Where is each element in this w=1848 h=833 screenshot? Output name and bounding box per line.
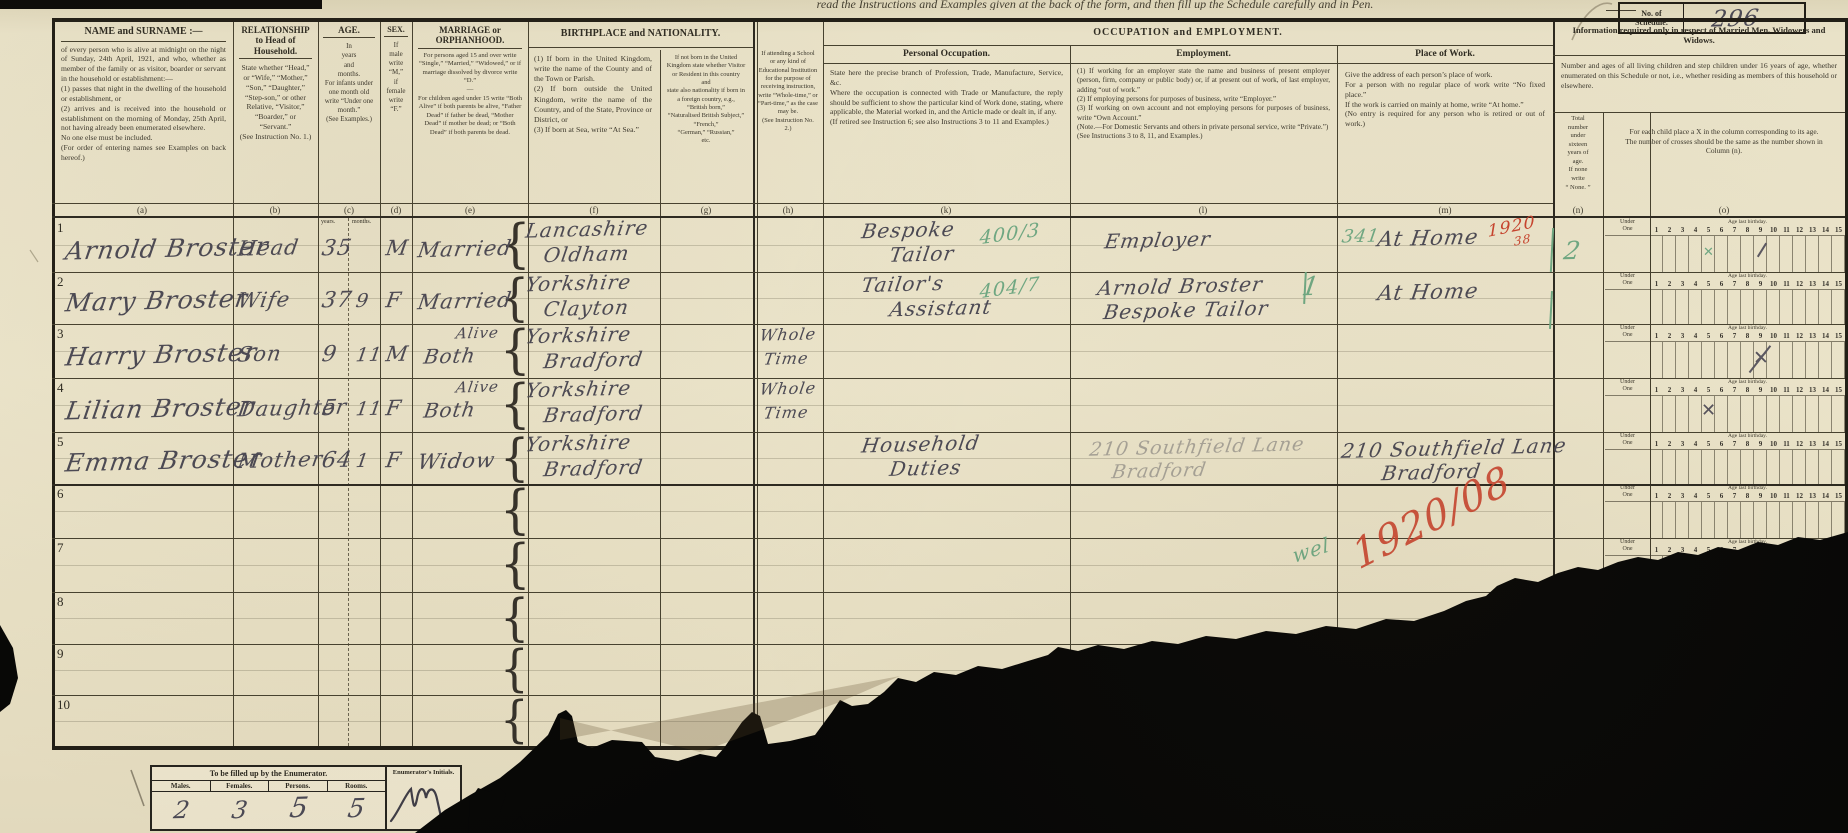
age-grid-number: 11: [1780, 652, 1793, 660]
age-grid-number: 5: [1702, 440, 1715, 448]
age-grid-number: 15: [1832, 546, 1845, 554]
entry-birthplace-county: Yorkshire: [524, 432, 633, 455]
entry-education-1: Whole: [759, 380, 818, 397]
age-grid-header: Under OneAge last birthday.1234567891011…: [1605, 219, 1845, 235]
entry-occupation-1: Household: [860, 432, 981, 455]
col-header-education: If attending a School or any kind of Edu…: [755, 22, 821, 203]
age-grid-number: 7: [1728, 386, 1741, 394]
age-grid-header: Under OneAge last birthday.1234567891011…: [1605, 539, 1845, 555]
age-grid-number: 15: [1832, 703, 1845, 711]
age-grid-header: Under OneAge last birthday.1234567891011…: [1605, 379, 1845, 395]
age-grid-number: 2: [1663, 652, 1676, 660]
birthplace-brace: {: [500, 538, 531, 591]
col-header-occupation: Personal Occupation. State here the prec…: [823, 46, 1070, 203]
age-grid-number: 13: [1806, 546, 1819, 554]
age-grid-number: 2: [1663, 440, 1676, 448]
table-bottom-border: [52, 746, 1845, 750]
col-header-education-body: If attending a School or any kind of Edu…: [758, 50, 818, 133]
entry-age-months: 11: [355, 346, 384, 366]
entry-name: Mary Broster: [64, 286, 250, 316]
age-grid-number: 10: [1767, 386, 1780, 394]
entry-name: Harry Broster: [64, 340, 259, 370]
age-grid-number: 4: [1689, 226, 1702, 234]
age-grid-columns: [1650, 450, 1845, 484]
census-schedule-scan: read the Instructions and Examples given…: [0, 0, 1848, 833]
age-grid-age-last-birthday-label: Age last birthday.: [1650, 593, 1845, 599]
row-midline: [54, 721, 1553, 722]
age-grid-number: 12: [1793, 652, 1806, 660]
col-header-total-children-body: Total number under sixteen years of age.…: [1553, 113, 1603, 192]
entry-sex: M: [384, 344, 410, 366]
age-grid-columns: [1650, 290, 1845, 324]
age-grid-number: 1: [1650, 600, 1663, 608]
row-line: [52, 592, 1845, 593]
age-grid-age-last-birthday-label: Age last birthday.: [1650, 273, 1845, 279]
column-letter: (k): [941, 205, 952, 215]
age-grid-under-one-divider: [1650, 379, 1651, 432]
col-header-sex: SEX. If male write “M,” if female write …: [382, 22, 410, 203]
age-grid-numbers: 123456789101112131415: [1650, 652, 1845, 660]
age-grid-under-one-label: Under One: [1605, 645, 1650, 658]
age-grid-number: 14: [1819, 492, 1832, 500]
age-grid-under-one-divider: [1650, 433, 1651, 484]
age-grid-number: 4: [1689, 332, 1702, 340]
enumerator-col-rooms: Rooms.: [328, 781, 386, 791]
birthplace-brace: {: [500, 592, 529, 643]
age-grid-number: 9: [1754, 386, 1767, 394]
age-grid-under-one-label: Under One: [1605, 485, 1650, 498]
age-grid-number: 11: [1780, 332, 1793, 340]
col-header-age-title: AGE.: [323, 25, 375, 38]
entry-occupation-2: Tailor: [888, 243, 955, 265]
col-header-employment: Employment. (1) If working for an employ…: [1070, 46, 1337, 203]
age-grid-number: 15: [1832, 226, 1845, 234]
age-grid-number: 13: [1806, 652, 1819, 660]
age-grid-number: 15: [1832, 652, 1845, 660]
age-grid-number: 4: [1689, 280, 1702, 288]
row-line: [52, 695, 1845, 696]
age-grid-number: 7: [1728, 703, 1741, 711]
col-header-nationality-body: If not born in the United Kingdom state …: [665, 54, 747, 146]
age-grid-number: 1: [1650, 332, 1663, 340]
table-vline: [233, 18, 234, 746]
entry-marriage: Both: [422, 345, 477, 366]
age-grid-number: 2: [1663, 280, 1676, 288]
entry-age-months: 11: [355, 400, 384, 420]
age-grid-number: 9: [1754, 703, 1767, 711]
age-grid-under-one-label: Under One: [1605, 433, 1650, 446]
age-grid-under-one-label: Under One: [1605, 219, 1650, 232]
column-letter: (a): [137, 205, 147, 215]
age-grid-number: 10: [1767, 440, 1780, 448]
entry-birthplace-town: Bradford: [542, 403, 644, 426]
age-grid-number: 12: [1793, 226, 1806, 234]
age-grid-columns: [1650, 396, 1845, 432]
entry-age-months: 9: [355, 292, 371, 311]
col-header-age-grid-body: For each child place a X in the column c…: [1603, 113, 1845, 156]
age-grid-age-last-birthday-label: Age last birthday.: [1650, 433, 1845, 439]
entry-age-years: 9: [320, 344, 338, 366]
entry-age-months: 1: [355, 452, 371, 471]
table-vline: [412, 18, 413, 746]
age-grid-number: 8: [1741, 546, 1754, 554]
age-grid-header: Under OneAge last birthday.1234567891011…: [1605, 696, 1845, 712]
age-grid-header: Under OneAge last birthday.1234567891011…: [1605, 645, 1845, 661]
age-grid-number: 9: [1754, 280, 1767, 288]
age-grid-numbers: 123456789101112131415: [1650, 440, 1845, 448]
age-grid-number: 3: [1676, 600, 1689, 608]
age-grid-number: 7: [1728, 652, 1741, 660]
age-grid-under-one-divider: [1650, 645, 1651, 695]
age-grid-number: 15: [1832, 386, 1845, 394]
col-header-relationship-title: RELATIONSHIP to Head of Household.: [239, 25, 312, 59]
age-grid-age-last-birthday-label: Age last birthday.: [1650, 696, 1845, 702]
entry-place-of-work-1: At Home: [1376, 281, 1480, 305]
age-grid-number: 4: [1689, 600, 1702, 608]
col-header-nationality: If not born in the United Kingdom state …: [661, 50, 751, 200]
enumerator-initials-signature: [387, 783, 463, 825]
age-grid-number: 6: [1715, 332, 1728, 340]
entry-occupation-2: Duties: [888, 457, 963, 479]
col-header-place-of-work-title: Place of Work.: [1337, 46, 1553, 64]
age-grid-number: 5: [1702, 386, 1715, 394]
age-grid-number: 11: [1780, 600, 1793, 608]
age-grid-under-one-label: Under One: [1605, 539, 1650, 552]
age-grid-number: 7: [1728, 600, 1741, 608]
entry-birthplace-town: Oldham: [542, 243, 631, 265]
age-grid-number: 2: [1663, 703, 1676, 711]
age-grid-number: 4: [1689, 703, 1702, 711]
age-grid-number: 7: [1728, 332, 1741, 340]
age-grid-number: 13: [1806, 386, 1819, 394]
age-grid-number: 3: [1676, 546, 1689, 554]
age-grid-columns: [1650, 662, 1845, 695]
entry-employment-faint-2: Bradford: [1110, 461, 1208, 482]
age-grid-number: 14: [1819, 440, 1832, 448]
entry-name: Lilian Broster: [64, 394, 257, 424]
age-grid-number: 8: [1741, 600, 1754, 608]
entry-relationship: Wife: [236, 289, 292, 311]
age-grid-numbers: 123456789101112131415: [1650, 600, 1845, 608]
age-grid-number: 6: [1715, 652, 1728, 660]
age-grid-number: 1: [1650, 440, 1663, 448]
age-grid-under-one-label: Under One: [1605, 696, 1650, 709]
section-header-occupation: OCCUPATION and EMPLOYMENT.: [823, 22, 1553, 46]
section-header-married-info-title: Information required only in respect of …: [1553, 22, 1845, 46]
col-header-age-grid: For each child place a X in the column c…: [1603, 112, 1845, 203]
table-vline: [318, 18, 319, 746]
entry-marriage-upper: Alive: [455, 379, 500, 395]
age-grid-number: 5: [1702, 600, 1715, 608]
age-grid-age-last-birthday-label: Age last birthday.: [1650, 325, 1845, 331]
age-grid-columns: [1650, 342, 1845, 378]
entry-birthplace-town: Clayton: [542, 297, 630, 319]
age-grid-number: 11: [1780, 492, 1793, 500]
col-header-marriage-title: MARRIAGE or ORPHANHOOD.: [418, 25, 522, 49]
age-grid-columns: [1650, 713, 1845, 746]
entry-sex: M: [384, 238, 410, 260]
row-line: [52, 378, 1845, 379]
entry-birthplace-town: Bradford: [542, 349, 644, 372]
row-line: [52, 484, 1845, 486]
table-vline: [380, 18, 381, 746]
age-grid-number: 5: [1702, 332, 1715, 340]
age-grid-columns: [1650, 556, 1845, 592]
enumerator-persons-value: 5: [288, 794, 311, 822]
entry-marriage: Married: [416, 238, 513, 261]
age-grid-number: 7: [1728, 280, 1741, 288]
row-midline: [54, 618, 1553, 619]
entry-age-years: 37: [320, 290, 353, 313]
age-grid-number: 10: [1767, 280, 1780, 288]
col-header-total-children: Total number under sixteen years of age.…: [1553, 112, 1603, 203]
age-grid-number: 3: [1676, 703, 1689, 711]
row-number: 8: [57, 594, 64, 610]
age-grid-number: 6: [1715, 546, 1728, 554]
age-grid-age-last-birthday-label: Age last birthday.: [1650, 379, 1845, 385]
age-grid-number: 11: [1780, 226, 1793, 234]
age-grid-number: 9: [1754, 440, 1767, 448]
age-grid-columns: [1650, 502, 1845, 538]
column-letter: (c): [344, 205, 354, 215]
age-grid-number: 5: [1702, 546, 1715, 554]
age-grid-number: 3: [1676, 386, 1689, 394]
age-grid-number: 9: [1754, 492, 1767, 500]
age-grid-number: 8: [1741, 492, 1754, 500]
age-grid-number: 4: [1689, 652, 1702, 660]
age-grid-number: 4: [1689, 492, 1702, 500]
age-grid-number: 12: [1793, 386, 1806, 394]
column-letter: (g): [701, 205, 712, 215]
age-grid-under-one-divider: [1650, 539, 1651, 592]
col-header-birthplace: (1) If born in the United Kingdom, write…: [530, 50, 656, 200]
age-grid-under-one-divider: [1650, 273, 1651, 324]
row-line: [52, 538, 1845, 539]
col-header-relationship-body: State whether “Head,” or “Wife,” “Mother…: [239, 63, 312, 142]
age-grid-numbers: 123456789101112131415: [1650, 332, 1845, 340]
entry-occupation-2: Assistant: [888, 297, 993, 320]
age-grid-columns: [1650, 610, 1845, 644]
enumerator-col-persons: Persons.: [269, 781, 328, 791]
age-grid-number: 13: [1806, 226, 1819, 234]
age-grid-under-one-divider: [1650, 593, 1651, 644]
entry-occupation-1: Bespoke: [860, 219, 956, 241]
column-letter: (n): [1573, 205, 1584, 215]
col-header-age: AGE. In years and months. For infants un…: [320, 22, 378, 203]
age-grid-number: 10: [1767, 546, 1780, 554]
age-grid-numbers: 123456789101112131415: [1650, 703, 1845, 711]
entry-marriage-upper: Alive: [455, 325, 500, 341]
age-grid-numbers: 123456789101112131415: [1650, 546, 1845, 554]
row-number: 9: [57, 646, 64, 662]
age-grid-number: 3: [1676, 440, 1689, 448]
age-grid-header: Under OneAge last birthday.1234567891011…: [1605, 273, 1845, 289]
age-grid-number: 7: [1728, 492, 1741, 500]
row-line: [52, 644, 1845, 645]
entry-place-of-work-1: At Home: [1376, 227, 1480, 251]
enumerator-initials-label: Enumerator's Initials.: [387, 767, 460, 778]
entry-education-2: Time: [763, 404, 810, 421]
row-midline: [54, 670, 1553, 671]
age-grid-number: 15: [1832, 280, 1845, 288]
age-grid-under-one-divider: [1650, 219, 1651, 272]
age-grid-numbers: 123456789101112131415: [1650, 492, 1845, 500]
col-header-name: NAME and SURNAME :— of every person who …: [56, 22, 231, 203]
entry-birthplace-county: Yorkshire: [524, 378, 633, 401]
age-grid-under-one-divider: [1650, 485, 1651, 538]
col-header-marriage: MARRIAGE or ORPHANHOOD. For persons aged…: [414, 22, 526, 203]
age-grid-numbers: 123456789101112131415: [1650, 226, 1845, 234]
age-grid-number: 5: [1702, 492, 1715, 500]
age-grid-number: 13: [1806, 492, 1819, 500]
age-grid-number: 13: [1806, 440, 1819, 448]
age-grid-columns: [1650, 236, 1845, 272]
age-grid-number: 8: [1741, 332, 1754, 340]
age-grid-number: 8: [1741, 440, 1754, 448]
col-header-employment-title: Employment.: [1070, 46, 1337, 64]
age-grid-mark-x: ✕: [1701, 401, 1716, 419]
age-grid-number: 15: [1832, 492, 1845, 500]
age-grid-number: 8: [1741, 703, 1754, 711]
column-letter: (e): [465, 205, 475, 215]
age-grid-number: 11: [1780, 703, 1793, 711]
col-header-occupation-body: State here the precise branch of Profess…: [823, 64, 1070, 131]
age-grid-number: 2: [1663, 226, 1676, 234]
entry-name: Emma Broster: [64, 445, 264, 475]
age-grid-number: 14: [1819, 226, 1832, 234]
col-header-marriage-body: For persons aged 15 and over write “Sing…: [418, 52, 522, 138]
col-header-age-body: In years and months. For infants under o…: [323, 42, 375, 124]
age-grid-number: 2: [1663, 600, 1676, 608]
column-letter: (o): [1719, 205, 1730, 215]
age-grid-number: 2: [1663, 546, 1676, 554]
section-header-birthplace-title: BIRTHPLACE and NATIONALITY.: [528, 22, 753, 40]
age-grid-under-one-label: Under One: [1605, 593, 1650, 606]
enumerator-females-value: 3: [230, 798, 250, 822]
age-grid-number: 15: [1832, 440, 1845, 448]
age-grid-number: 3: [1676, 492, 1689, 500]
age-grid-number: 10: [1767, 600, 1780, 608]
column-letter: (d): [391, 205, 402, 215]
entry-relationship: Son: [236, 343, 283, 365]
col-header-birthplace-body: (1) If born in the United Kingdom, write…: [534, 54, 652, 135]
age-grid-number: 1: [1650, 652, 1663, 660]
age-grid-number: 3: [1676, 652, 1689, 660]
red-year-note-sub: 38: [1514, 232, 1532, 247]
col-header-place-of-work: Place of Work. Give the address of each …: [1337, 46, 1553, 203]
age-subcolumn-months-label: months.: [352, 219, 371, 225]
age-grid-number: 7: [1728, 546, 1741, 554]
birthplace-brace: {: [500, 695, 529, 745]
age-grid-number: 12: [1793, 332, 1806, 340]
age-grid-number: 11: [1780, 440, 1793, 448]
col-header-name-title: NAME and SURNAME :—: [61, 26, 226, 42]
age-grid-number: 8: [1741, 652, 1754, 660]
entry-education-2: Time: [763, 350, 810, 367]
enumerator-rooms-value: 5: [346, 796, 368, 822]
entry-sex: F: [384, 290, 403, 311]
entry-occupation-1: Tailor's: [860, 273, 945, 295]
age-grid-number: 9: [1754, 600, 1767, 608]
entry-sex: F: [384, 450, 403, 471]
age-grid-number: 6: [1715, 703, 1728, 711]
age-grid-number: 2: [1663, 332, 1676, 340]
age-grid-number: 8: [1741, 226, 1754, 234]
age-grid-number: 6: [1715, 600, 1728, 608]
entry-place-of-work-1: 210 Southfield Lane: [1340, 435, 1568, 461]
age-grid-number: 11: [1780, 386, 1793, 394]
age-grid-numbers: 123456789101112131415: [1650, 280, 1845, 288]
age-grid-number: 10: [1767, 703, 1780, 711]
entry-employment-1: Arnold Broster: [1096, 274, 1264, 298]
age-grid-number: 1: [1650, 703, 1663, 711]
age-grid-number: 4: [1689, 440, 1702, 448]
age-grid-number: 6: [1715, 492, 1728, 500]
age-grid-number: 12: [1793, 546, 1806, 554]
age-grid-number: 8: [1741, 386, 1754, 394]
col-header-place-of-work-body: Give the address of each person’s place …: [1337, 64, 1553, 135]
entry-marriage: Married: [416, 290, 513, 313]
entry-birthplace-county: Yorkshire: [524, 324, 633, 347]
age-grid-number: 1: [1650, 226, 1663, 234]
age-grid-under-one-label: Under One: [1605, 325, 1650, 338]
age-grid-number: 10: [1767, 652, 1780, 660]
married-info-subtitle: Number and ages of all living children a…: [1553, 58, 1845, 112]
age-grid-number: 1: [1650, 280, 1663, 288]
age-grid-number: 14: [1819, 652, 1832, 660]
column-letter: (l): [1199, 205, 1208, 215]
row-number: 4: [57, 380, 64, 396]
age-grid-number: 7: [1728, 440, 1741, 448]
entry-education-1: Whole: [759, 326, 818, 343]
row-number: 6: [57, 486, 64, 502]
row-number: 2: [57, 274, 64, 290]
age-grid-number: 6: [1715, 280, 1728, 288]
column-letter: (h): [783, 205, 794, 215]
row-number: 7: [57, 540, 64, 556]
age-grid-number: 14: [1819, 703, 1832, 711]
column-letter: (f): [590, 205, 599, 215]
table-vline: [52, 18, 55, 746]
age-grid-number: 14: [1819, 546, 1832, 554]
column-letter: (b): [270, 205, 281, 215]
entry-marriage: Widow: [416, 450, 496, 473]
age-grid-under-one-divider: [1650, 325, 1651, 378]
letters-strip-line: [52, 203, 1553, 204]
age-grid-number: 5: [1702, 703, 1715, 711]
age-grid-number: 10: [1767, 226, 1780, 234]
entry-birthplace-county: Yorkshire: [524, 272, 633, 295]
age-grid-number: 2: [1663, 492, 1676, 500]
col-header-relationship: RELATIONSHIP to Head of Household. State…: [235, 22, 316, 203]
age-grid-number: 14: [1819, 332, 1832, 340]
row-midline: [54, 565, 1553, 566]
age-grid-number: 13: [1806, 600, 1819, 608]
enumerator-col-males: Males.: [152, 781, 211, 791]
age-grid-number: 12: [1793, 703, 1806, 711]
entry-employment-1: Employer: [1103, 229, 1212, 252]
age-grid-number: 2: [1663, 386, 1676, 394]
col-header-name-body: of every person who is alive at midnight…: [61, 45, 226, 163]
entry-employment-faint-1: 210 Southfield Lane: [1088, 435, 1306, 460]
enumerator-box: To be filled up by the Enumerator. Males…: [150, 765, 462, 831]
entry-total-children: 2: [1562, 238, 1583, 263]
entry-age-years: 64: [320, 450, 353, 473]
enumerator-males-value: 2: [172, 798, 192, 822]
married-info-subtitle-text: Number and ages of all living children a…: [1553, 58, 1845, 94]
row-number: 3: [57, 326, 64, 342]
age-grid-number: 1: [1650, 492, 1663, 500]
